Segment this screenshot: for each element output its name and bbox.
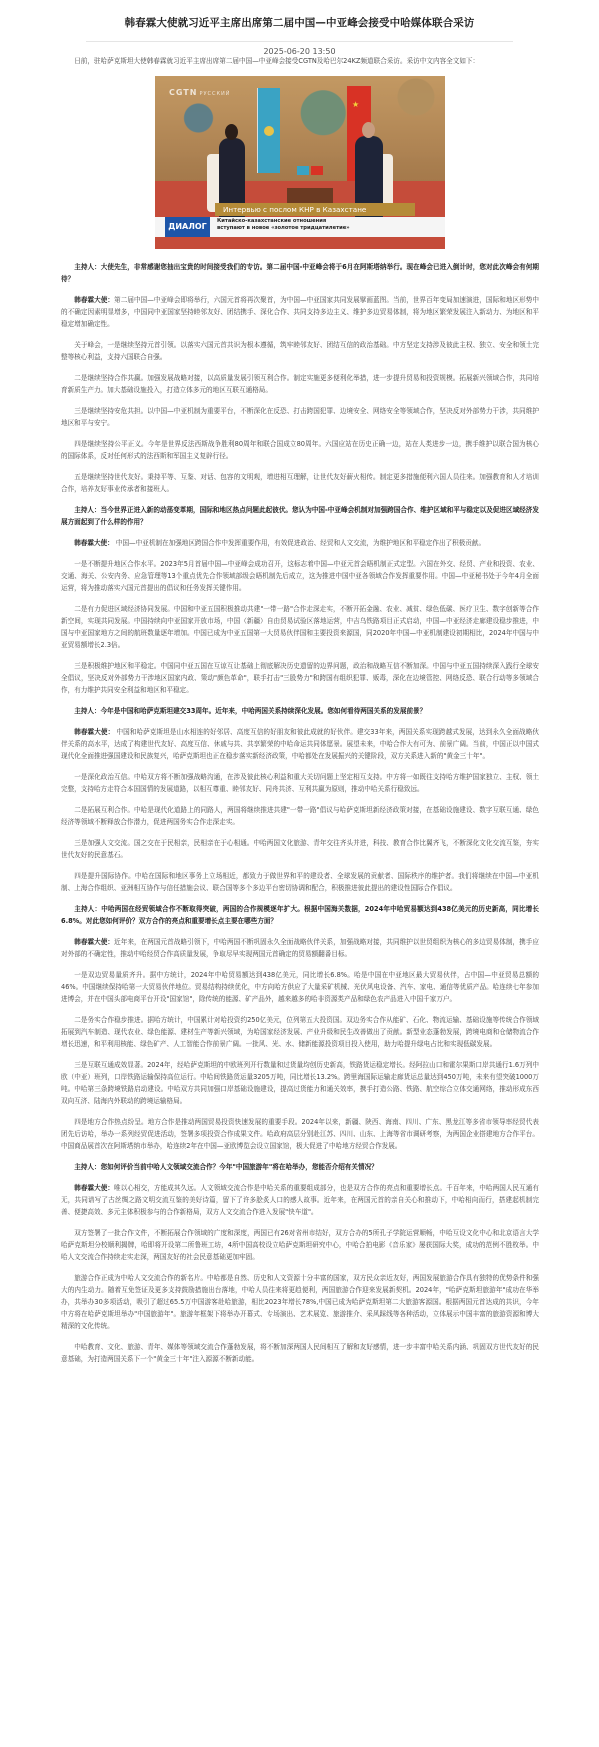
paragraph-text: 中哈两国在经贸领域合作不断取得突破，两国的合作规模逐年扩大。根据中国海关数据，2…: [61, 905, 539, 925]
body-paragraph: 一是双边贸易量质齐升。据中方统计，2024年中哈贸易额达到438亿美元，同比增长…: [61, 969, 539, 1005]
paragraph-text: 大使先生，非常感谢您抽出宝贵的时间接受我们的专访。第二届中国-中亚峰会将于6月在…: [61, 263, 539, 283]
paragraph-text: 关于峰会，一是继续坚持元首引领。以落实六国元首共识为根本遵循，筑牢睦邻友好、团结…: [61, 341, 539, 361]
ambassador-answer: 韩春霖大使：第二届中国—中亚峰会即将举行，六国元首将再次聚首，为中国—中亚国家共…: [61, 294, 539, 330]
body-paragraph: 旅游合作正成为中哈人文交流合作的新名片。中哈都是自然、历史和人文资源十分丰富的国…: [61, 1272, 539, 1332]
speaker-label: 主持人：: [74, 707, 100, 715]
paragraph-text: 近年来，在两国元首战略引领下，中哈两国不断巩固永久全面战略伙伴关系，加强战略对接…: [61, 938, 539, 958]
paragraph-text: 中哈教育、文化、旅游、青年、媒体等领域交流合作蓬勃发展，将不断加深两国人民间相互…: [61, 1343, 539, 1363]
speaker-label: 主持人：: [74, 905, 101, 913]
body-paragraph: 三是加强人文交流。国之交在于民相亲，民相亲在于心相通。中哈两国文化旅游、青年交往…: [61, 837, 539, 861]
body-paragraph: 双方签署了一批合作文件，不断拓展合作领域的广度和深度，两国已有26对省州市结好，…: [61, 1227, 539, 1263]
paragraph-text: 旅游合作正成为中哈人文交流合作的新名片。中哈都是自然、历史和人文资源十分丰富的国…: [61, 1274, 539, 1330]
intro-paragraph: 日前，驻哈萨克斯坦大使韩春霖就习近平主席出席第二届中国—中亚峰会接受CGTN及哈…: [61, 55, 539, 67]
cgtn-logo: CGTNРУССКИЙ: [169, 88, 231, 97]
paragraph-text: 三是互联互通成效显著。2024年，经哈萨克斯坦的中欧班列开行数量和过货量均创历史…: [61, 1061, 539, 1105]
paragraph-text: 唯以心相交，方能成其久远。人文领域交流合作是中哈关系的重要组成部分，也是双方合作…: [61, 1184, 539, 1216]
body-paragraph: 三是积极维护地区和平稳定。中国同中亚五国在互谅互让基础上彻底解决历史遗留的边界问…: [61, 660, 539, 696]
ambassador-answer: 韩春霖大使：唯以心相交，方能成其久远。人文领域交流合作是中哈关系的重要组成部分，…: [61, 1182, 539, 1218]
paragraph-text: 一是双边贸易量质齐升。据中方统计，2024年中哈贸易额达到438亿美元，同比增长…: [61, 971, 539, 1003]
ambassador-answer: 韩春霖大使： 中国—中亚机制在加强地区跨国合作中发挥重要作用，有效促进政治、经贸…: [61, 537, 539, 549]
body-paragraph: 四是地方合作热点纷呈。地方合作是推动两国贸易投资快速发展的重要手段。2024年以…: [61, 1116, 539, 1152]
body-paragraph: 三是继续坚持安危共担。以中国—中亚机制为重要平台，不断深化在反恐、打击跨国犯罪、…: [61, 405, 539, 429]
paragraph-text: 您如何评价当前中哈人文领域交流合作？今年"中国旅游年"将在哈举办，您能否介绍有关…: [101, 1163, 378, 1171]
paragraph-text: 双方签署了一批合作文件，不断拓展合作领域的广度和深度，两国已有26对省州市结好，…: [61, 1229, 539, 1261]
paragraph-text: 三是积极维护地区和平稳定。中国同中亚五国在互谅互让基础上彻底解决历史遗留的边界问…: [61, 662, 539, 694]
host-question: 主持人：中哈两国在经贸领域合作不断取得突破，两国的合作规模逐年扩大。根据中国海关…: [61, 903, 539, 927]
speaker-label: 韩春霖大使：: [74, 296, 114, 304]
paragraph-text: 三是继续坚持安危共担。以中国—中亚机制为重要平台，不断深化在反恐、打击跨国犯罪、…: [61, 407, 539, 427]
article-body: 日前，驻哈萨克斯坦大使韩春霖就习近平主席出席第二届中国—中亚峰会接受CGTN及哈…: [61, 55, 539, 1374]
paragraph-text: 四是地方合作热点纷呈。地方合作是推动两国贸易投资快速发展的重要手段。2024年以…: [61, 1118, 539, 1150]
speaker-label: 韩春霖大使：: [74, 1184, 114, 1192]
paragraph-text: 今年是中国和哈萨克斯坦建交33周年。近年来，中哈两国关系持续深化发展。您如何看待…: [101, 707, 427, 715]
body-paragraph: 二是有力促进区域经济协同发展。中国和中亚五国积极推动共建"一带一路"合作走深走实…: [61, 603, 539, 651]
speaker-label: 主持人：: [74, 506, 100, 514]
body-paragraph: 五是继续坚持世代友好。秉持平等、互鉴、对话、包容的文明观，增进相互理解，让世代友…: [61, 471, 539, 495]
paragraph-text: 中国和哈萨克斯坦是山水相连的好邻居、高度互信的好朋友和彼此成就的好伙伴。建交33…: [61, 728, 539, 760]
body-paragraph: 关于峰会，一是继续坚持元首引领。以落实六国元首共识为根本遵循，筑牢睦邻友好、团结…: [61, 339, 539, 363]
body-paragraph: 二是拓展互利合作。中哈是现代化道路上的同路人，两国将继续推进共建"一带一路"倡议…: [61, 804, 539, 828]
article-title: 韩春霖大使就习近平主席出席第二届中国—中亚峰会接受中哈媒体联合采访: [0, 0, 599, 35]
paragraph-text: 中国—中亚机制在加强地区跨国合作中发挥重要作用，有效促进政治、经贸和人文交流，为…: [114, 539, 485, 547]
body-paragraph: 四是提升国际协作。中哈在国际和地区事务上立场相近，都致力于做世界和平的建设者、全…: [61, 870, 539, 894]
program-tag: ДИАЛОГ: [165, 217, 210, 237]
paragraph-text: 二是继续坚持合作共赢。加强发展战略对接，以高质量发展引领互利合作。制定实施更多便…: [61, 374, 539, 394]
paragraph-text: 四是继续坚持公平正义。今年是世界反法西斯战争胜利80周年和联合国成立80周年。六…: [61, 440, 539, 460]
body-paragraph: 一是不断提升地区合作水平。2023年5月首届中国—中亚峰会成功召开，这标志着中国…: [61, 558, 539, 594]
caption-subline: Китайско-казахстанские отношения вступаю…: [217, 218, 437, 232]
article-page: 韩春霖大使就习近平主席出席第二届中国—中亚峰会接受中哈媒体联合采访 2025-0…: [0, 0, 599, 59]
paragraph-text: 五是继续坚持世代友好。秉持平等、互鉴、对话、包容的文明观，增进相互理解，让世代友…: [61, 473, 539, 493]
paragraph-text: 一是不断提升地区合作水平。2023年5月首届中国—中亚峰会成功召开，这标志着中国…: [61, 560, 539, 592]
speaker-label: 韩春霖大使：: [74, 728, 114, 736]
speaker-label: 主持人：: [74, 263, 101, 271]
paragraph-text: 三是加强人文交流。国之交在于民相亲，民相亲在于心相通。中哈两国文化旅游、青年交往…: [61, 839, 539, 859]
ambassador-answer: 韩春霖大使：近年来，在两国元首战略引领下，中哈两国不断巩固永久全面战略伙伴关系，…: [61, 936, 539, 960]
interview-photo: CGTNРУССКИЙ Интервью с послом КНР в Каза…: [155, 76, 445, 249]
desk-flags: [297, 160, 325, 172]
paragraph-text: 二是务实合作稳步推进。据哈方统计，中国累计对哈投资约250亿美元，位列第五大投资…: [61, 1016, 539, 1048]
body-paragraph: 二是继续坚持合作共赢。加强发展战略对接，以高质量发展引领互利合作。制定实施更多便…: [61, 372, 539, 396]
speaker-label: 主持人：: [74, 1163, 100, 1171]
ambassador-answer: 韩春霖大使： 中国和哈萨克斯坦是山水相连的好邻居、高度互信的好朋友和彼此成就的好…: [61, 726, 539, 762]
paragraph-text: 当今世界正进入新的动荡变革期，国际和地区热点问题此起彼伏。您认为中国-中亚峰会机…: [61, 506, 539, 526]
kazakhstan-flag: [257, 88, 280, 173]
body-paragraph: 二是务实合作稳步推进。据哈方统计，中国累计对哈投资约250亿美元，位列第五大投资…: [61, 1014, 539, 1050]
body-paragraph: 四是继续坚持公平正义。今年是世界反法西斯战争胜利80周年和联合国成立80周年。六…: [61, 438, 539, 462]
host-question: 主持人：大使先生，非常感谢您抽出宝贵的时间接受我们的专访。第二届中国-中亚峰会将…: [61, 261, 539, 285]
speaker-label: 韩春霖大使：: [74, 938, 114, 946]
paragraph-text: 四是提升国际协作。中哈在国际和地区事务上立场相近，都致力于做世界和平的建设者、全…: [61, 872, 539, 892]
interview-paragraphs: 主持人：大使先生，非常感谢您抽出宝贵的时间接受我们的专访。第二届中国-中亚峰会将…: [61, 261, 539, 1365]
paragraph-text: 二是有力促进区域经济协同发展。中国和中亚五国积极推动共建"一带一路"合作走深走实…: [61, 605, 539, 649]
host-question: 主持人：今年是中国和哈萨克斯坦建交33周年。近年来，中哈两国关系持续深化发展。您…: [61, 705, 539, 717]
paragraph-text: 第二届中国—中亚峰会即将举行，六国元首将再次聚首，为中国—中亚国家共同发展擘画蓝…: [61, 296, 539, 328]
body-paragraph: 三是互联互通成效显著。2024年，经哈萨克斯坦的中欧班列开行数量和过货量均创历史…: [61, 1059, 539, 1107]
speaker-label: 韩春霖大使：: [74, 539, 114, 547]
body-paragraph: 一是深化政治互信。中哈双方将不断加强战略沟通，在涉及彼此核心利益和重大关切问题上…: [61, 771, 539, 795]
paragraph-text: 一是深化政治互信。中哈双方将不断加强战略沟通，在涉及彼此核心利益和重大关切问题上…: [61, 773, 539, 793]
host-question: 主持人：当今世界正进入新的动荡变革期，国际和地区热点问题此起彼伏。您认为中国-中…: [61, 504, 539, 528]
caption-headline: Интервью с послом КНР в Казахстане: [215, 203, 415, 216]
title-divider: [86, 41, 513, 42]
paragraph-text: 二是拓展互利合作。中哈是现代化道路上的同路人，两国将继续推进共建"一带一路"倡议…: [61, 806, 539, 826]
body-paragraph: 中哈教育、文化、旅游、青年、媒体等领域交流合作蓬勃发展，将不断加深两国人民间相互…: [61, 1341, 539, 1365]
host-question: 主持人：您如何评价当前中哈人文领域交流合作？今年"中国旅游年"将在哈举办，您能否…: [61, 1161, 539, 1173]
